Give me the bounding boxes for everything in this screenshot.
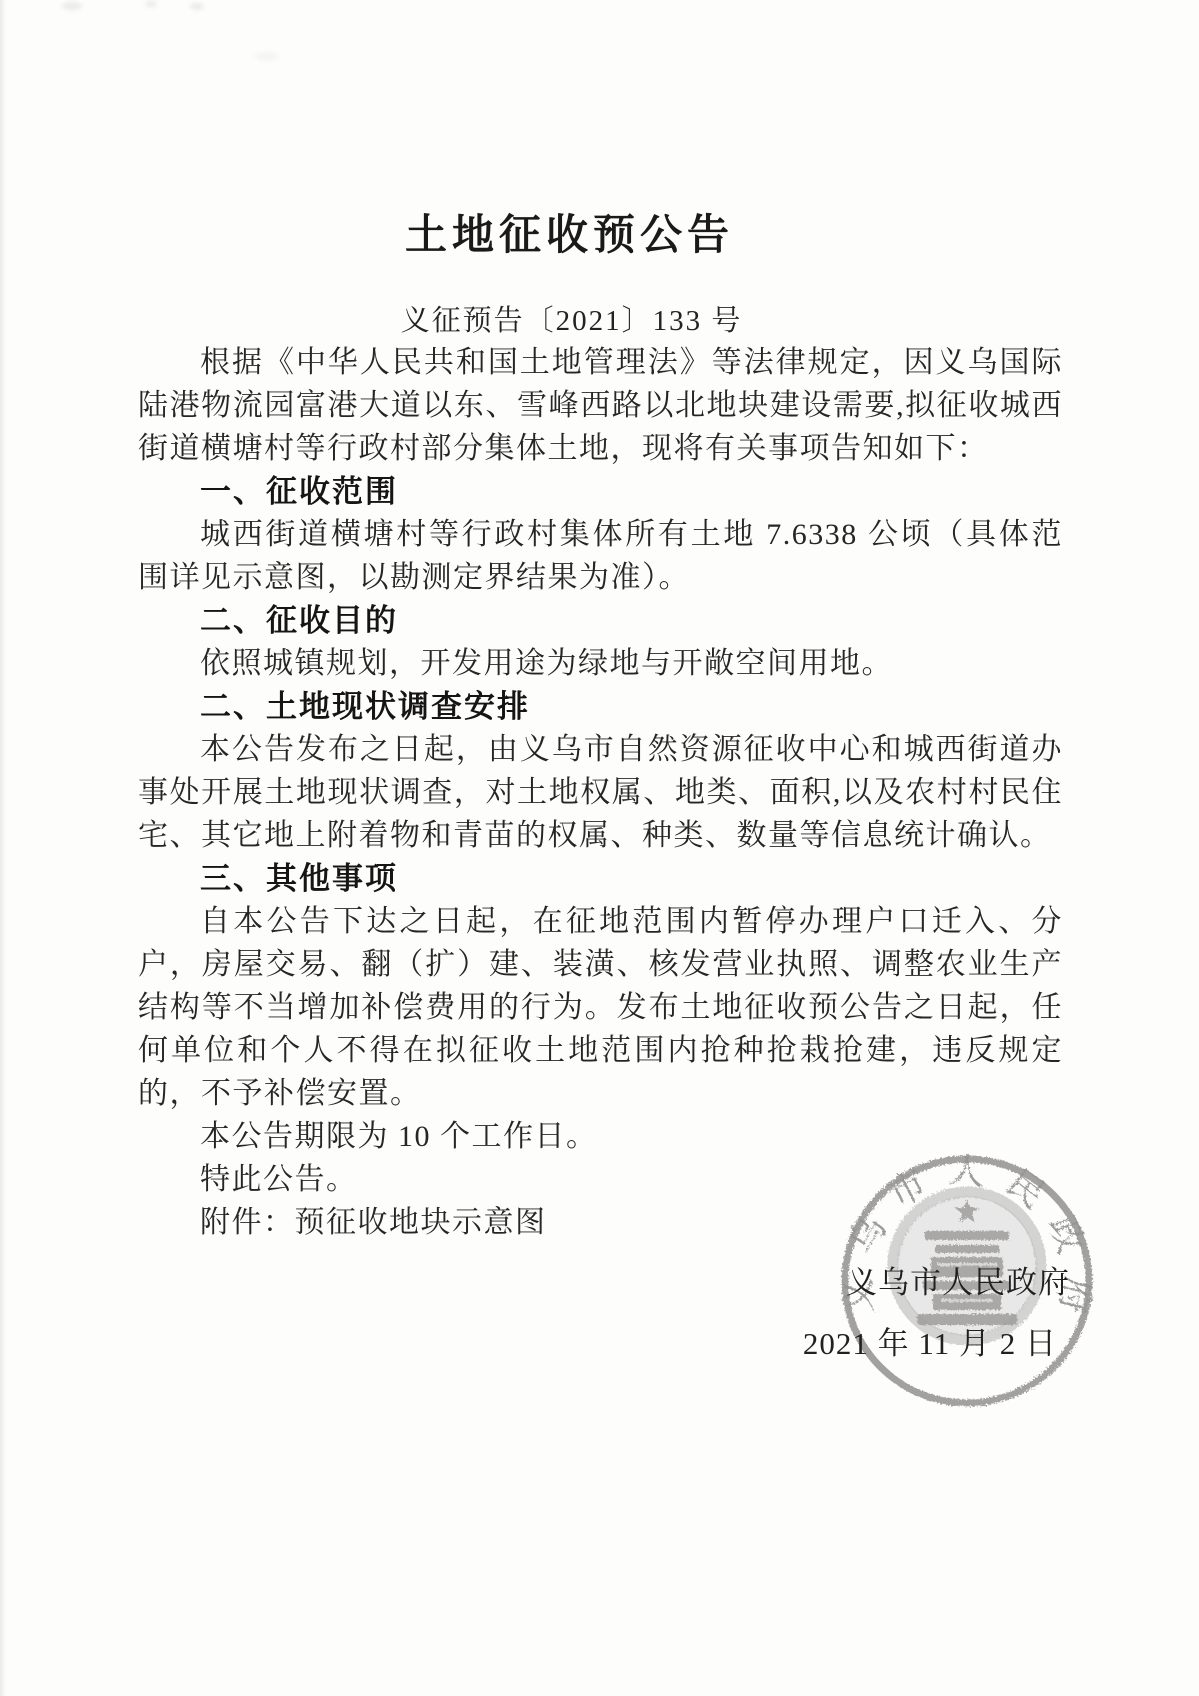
intro-paragraph: 根据《中华人民共和国土地管理法》等法律规定，因义乌国际陆港物流园富港大道以东、雪… — [138, 341, 1063, 470]
section-heading: 二、土地现状调查安排 — [138, 685, 1063, 728]
scan-artifact — [255, 52, 279, 61]
scan-artifact — [190, 3, 204, 10]
document-body: 根据《中华人民共和国土地管理法》等法律规定，因义乌国际陆港物流园富港大道以东、雪… — [138, 341, 1063, 1244]
section-heading: 一、征收范围 — [138, 470, 1063, 513]
section-heading: 二、征收目的 — [138, 599, 1063, 642]
page-title: 土地征收预公告 — [0, 202, 1169, 262]
scan-artifact — [145, 1, 157, 7]
announcement-page: 土地征收预公告 义征预告〔2021〕133 号 根据《中华人民共和国土地管理法》… — [0, 0, 1199, 1696]
section-body: 依照城镇规划，开发用途为绿地与开敞空间用地。 — [138, 642, 1063, 685]
section-body: 自本公告下达之日起，在征地范围内暂停办理户口迁入、分户，房屋交易、翻（扩）建、装… — [138, 900, 1063, 1115]
section-heading: 三、其他事项 — [138, 857, 1063, 900]
issuer-signature: 义乌市人民政府 — [846, 1257, 1070, 1302]
section-body: 城西街道横塘村等行政村集体所有土地 7.6338 公顷（具体范围详见示意图，以勘… — [138, 513, 1063, 599]
section-body: 本公告发布之日起，由义乌市自然资源征收中心和城西街道办事处开展土地现状调查，对土… — [138, 728, 1063, 857]
doc-number: 义征预告〔2021〕133 号 — [0, 298, 1171, 339]
issue-date: 2021 年 11 月 2 日 — [803, 1318, 1057, 1363]
scan-artifact — [62, 2, 82, 10]
